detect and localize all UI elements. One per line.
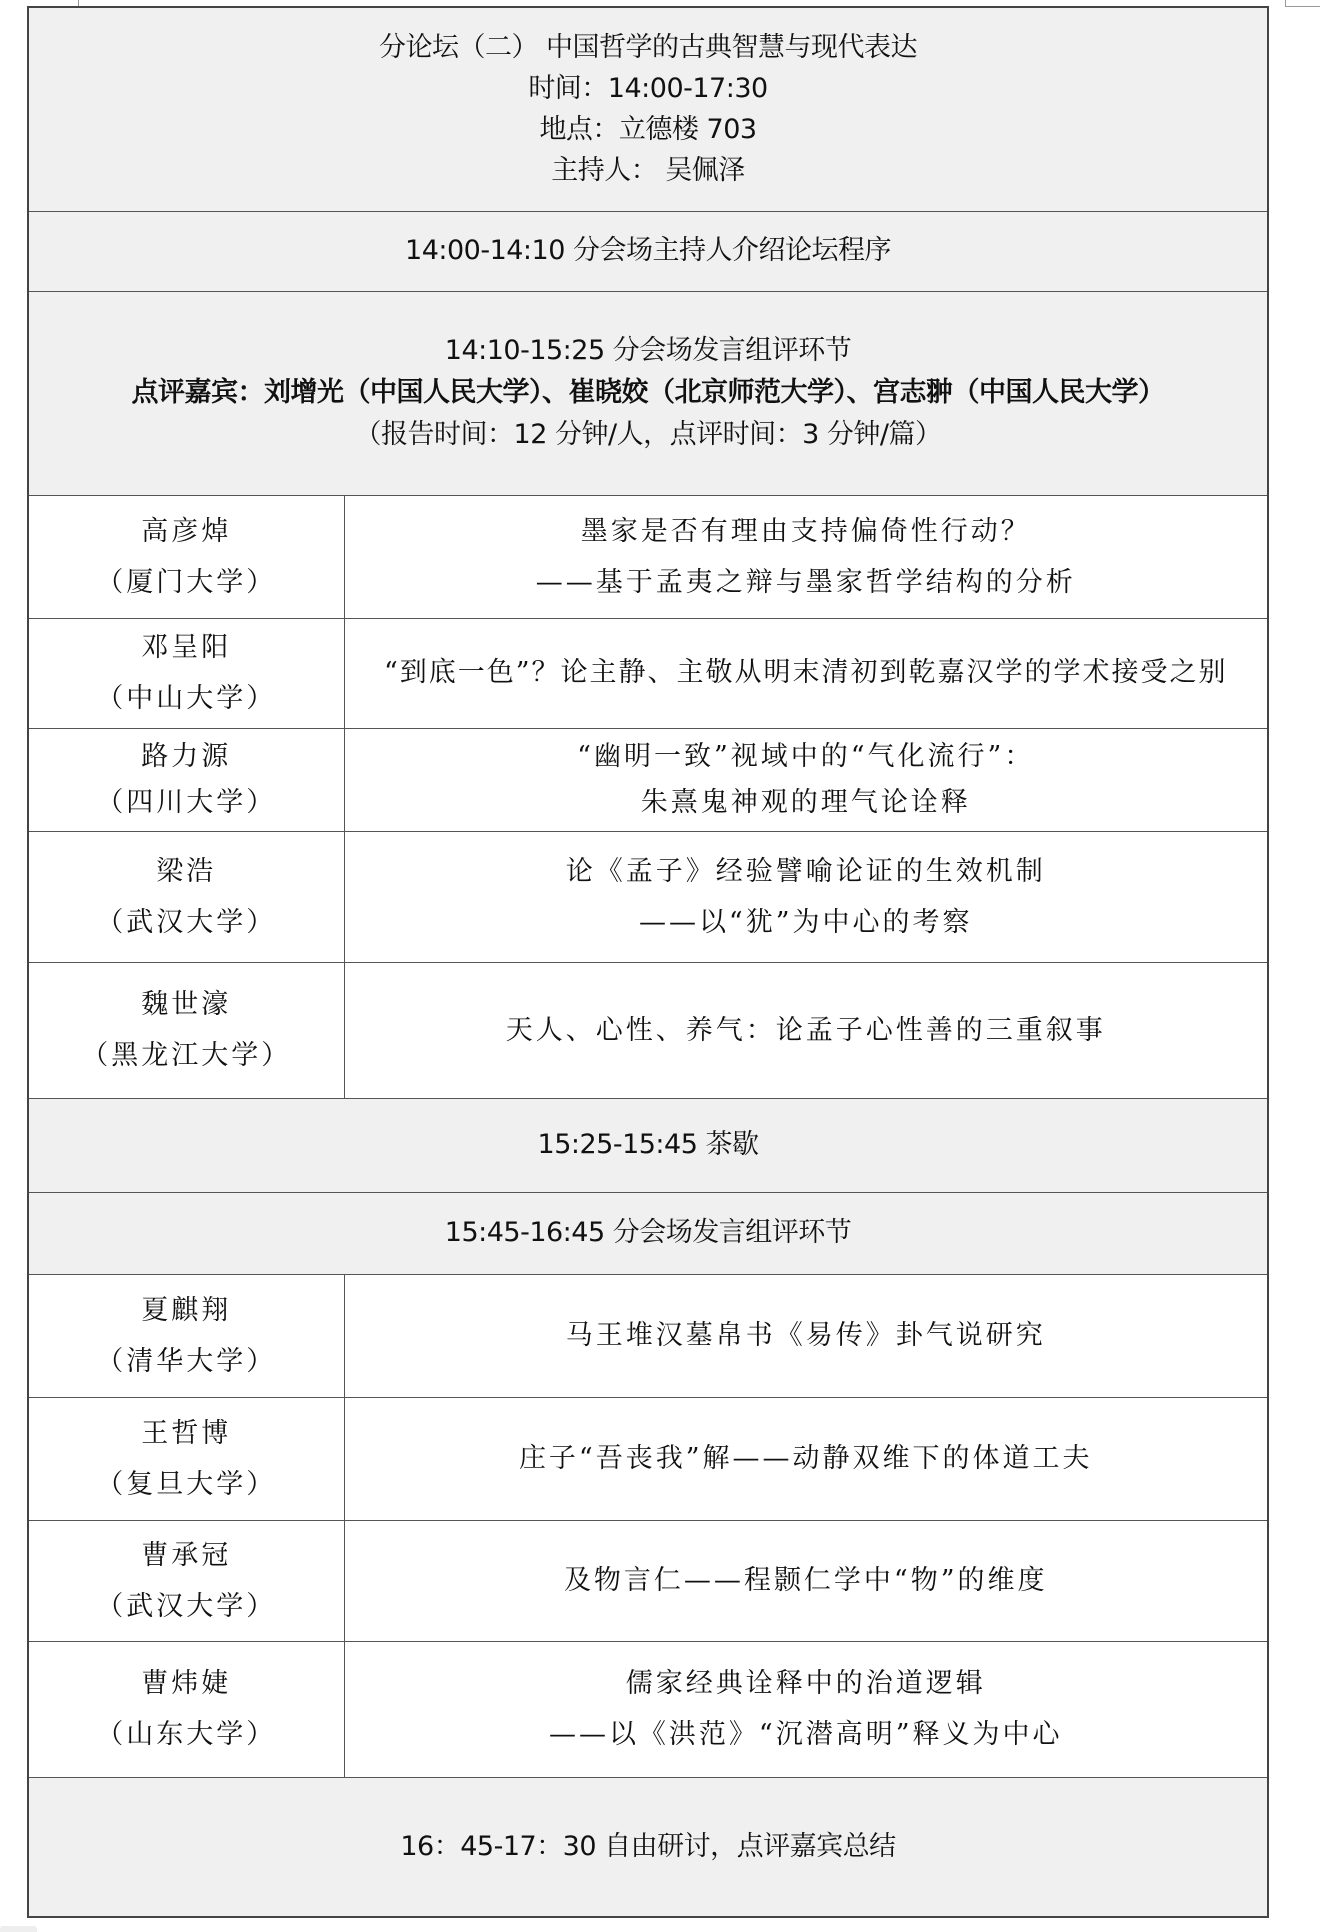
- talk-title-line: 天人、心性、养气：论孟子心性善的三重叙事: [351, 1005, 1262, 1056]
- talk-title-cell: 儒家经典诠释中的治道逻辑 ——以《洪范》“沉潜高明”释义为中心: [344, 1641, 1268, 1777]
- forum-schedule-table: 分论坛（二） 中国哲学的古典智慧与现代表达 时间：14:00-17:30 地点：…: [27, 6, 1269, 1918]
- talk-row: 魏世濠 （黑龙江大学） 天人、心性、养气：论孟子心性善的三重叙事: [28, 962, 1268, 1098]
- speaker-name: 夏麒翔: [35, 1285, 338, 1336]
- closing-cell: 16：45-17：30 自由研讨，点评嘉宾总结: [28, 1777, 1268, 1917]
- speaker-cell: 路力源 （四川大学）: [28, 728, 344, 831]
- speaker-affiliation: （武汉大学）: [35, 897, 338, 948]
- speaker-cell: 曹炜婕 （山东大学）: [28, 1641, 344, 1777]
- talk-title-line: 马王堆汉墓帛书《易传》卦气说研究: [351, 1310, 1262, 1361]
- forum-header-row: 分论坛（二） 中国哲学的古典智慧与现代表达 时间：14:00-17:30 地点：…: [28, 7, 1268, 211]
- speaker-cell: 高彦焯 （厦门大学）: [28, 495, 344, 618]
- session1-critics: 点评嘉宾：刘增光（中国人民大学）、崔晓姣（北京师范大学）、宫志翀（中国人民大学）: [35, 372, 1261, 414]
- talk-title-cell: 天人、心性、养气：论孟子心性善的三重叙事: [344, 962, 1268, 1098]
- speaker-cell: 曹承冠 （武汉大学）: [28, 1520, 344, 1641]
- speaker-name: 魏世濠: [35, 979, 338, 1030]
- tea-break-row: 15:25-15:45 茶歇: [28, 1098, 1268, 1192]
- talk-title-cell: 马王堆汉墓帛书《易传》卦气说研究: [344, 1274, 1268, 1397]
- talk-title-line: 论《孟子》经验譬喻论证的生效机制: [351, 846, 1262, 897]
- speaker-name: 曹炜婕: [35, 1658, 338, 1709]
- speaker-cell: 魏世濠 （黑龙江大学）: [28, 962, 344, 1098]
- talk-title-line: 儒家经典诠释中的治道逻辑: [351, 1658, 1262, 1709]
- forum-header-cell: 分论坛（二） 中国哲学的古典智慧与现代表达 时间：14:00-17:30 地点：…: [28, 7, 1268, 211]
- intro-text: 14:00-14:10 分会场主持人介绍论坛程序: [35, 226, 1261, 276]
- talk-row: 曹炜婕 （山东大学） 儒家经典诠释中的治道逻辑 ——以《洪范》“沉潜高明”释义为…: [28, 1641, 1268, 1777]
- talk-title-cell: 论《孟子》经验譬喻论证的生效机制 ——以“犹”为中心的考察: [344, 831, 1268, 962]
- speaker-affiliation: （山东大学）: [35, 1709, 338, 1760]
- talk-title-cell: “幽明一致”视域中的“气化流行”： 朱熹鬼神观的理气论诠释: [344, 728, 1268, 831]
- talk-subtitle-line: ——以“犹”为中心的考察: [351, 897, 1262, 948]
- session1-heading-row: 14:10-15:25 分会场发言组评环节 点评嘉宾：刘增光（中国人民大学）、崔…: [28, 291, 1268, 495]
- speaker-name: 王哲博: [35, 1408, 338, 1459]
- page-corner-mark-right: [1285, 0, 1286, 7]
- forum-title: 分论坛（二） 中国哲学的古典智慧与现代表达: [35, 27, 1261, 68]
- speaker-affiliation: （武汉大学）: [35, 1581, 338, 1632]
- page-edge-tab: [0, 1926, 37, 1932]
- talk-row: 王哲博 （复旦大学） 庄子“吾丧我”解——动静双维下的体道工夫: [28, 1397, 1268, 1520]
- speaker-name: 高彦焯: [35, 506, 338, 557]
- forum-host: 主持人： 吴佩泽: [35, 150, 1261, 191]
- closing-text: 16：45-17：30 自由研讨，点评嘉宾总结: [35, 1822, 1261, 1872]
- tea-break-cell: 15:25-15:45 茶歇: [28, 1098, 1268, 1192]
- speaker-affiliation: （黑龙江大学）: [35, 1030, 338, 1081]
- talk-subtitle-line: ——基于孟夷之辩与墨家哲学结构的分析: [351, 557, 1262, 608]
- talk-row: 夏麒翔 （清华大学） 马王堆汉墓帛书《易传》卦气说研究: [28, 1274, 1268, 1397]
- forum-time: 时间：14:00-17:30: [35, 68, 1261, 109]
- speaker-affiliation: （清华大学）: [35, 1336, 338, 1387]
- talk-title-line: 庄子“吾丧我”解——动静双维下的体道工夫: [351, 1433, 1262, 1484]
- speaker-cell: 邓呈阳 （中山大学）: [28, 618, 344, 728]
- speaker-affiliation: （四川大学）: [35, 780, 338, 826]
- talk-title-cell: 墨家是否有理由支持偏倚性行动？ ——基于孟夷之辩与墨家哲学结构的分析: [344, 495, 1268, 618]
- speaker-name: 邓呈阳: [35, 622, 338, 673]
- speaker-affiliation: （厦门大学）: [35, 557, 338, 608]
- speaker-affiliation: （复旦大学）: [35, 1459, 338, 1510]
- speaker-affiliation: （中山大学）: [35, 673, 338, 724]
- talk-title-cell: “到底一色”？论主静、主敬从明末清初到乾嘉汉学的学术接受之别: [344, 618, 1268, 728]
- talk-title-cell: 庄子“吾丧我”解——动静双维下的体道工夫: [344, 1397, 1268, 1520]
- intro-row: 14:00-14:10 分会场主持人介绍论坛程序: [28, 211, 1268, 291]
- speaker-name: 梁浩: [35, 846, 338, 897]
- talk-title-line: “幽明一致”视域中的“气化流行”：: [351, 734, 1262, 780]
- session1-heading: 14:10-15:25 分会场发言组评环节: [35, 330, 1261, 372]
- talk-title-line: 及物言仁——程颢仁学中“物”的维度: [351, 1555, 1262, 1606]
- talk-title-line: 墨家是否有理由支持偏倚性行动？: [351, 506, 1262, 557]
- speaker-name: 曹承冠: [35, 1530, 338, 1581]
- closing-row: 16：45-17：30 自由研讨，点评嘉宾总结: [28, 1777, 1268, 1917]
- talk-row: 邓呈阳 （中山大学） “到底一色”？论主静、主敬从明末清初到乾嘉汉学的学术接受之…: [28, 618, 1268, 728]
- intro-cell: 14:00-14:10 分会场主持人介绍论坛程序: [28, 211, 1268, 291]
- talk-subtitle-line: 朱熹鬼神观的理气论诠释: [351, 780, 1262, 826]
- talk-row: 高彦焯 （厦门大学） 墨家是否有理由支持偏倚性行动？ ——基于孟夷之辩与墨家哲学…: [28, 495, 1268, 618]
- speaker-cell: 王哲博 （复旦大学）: [28, 1397, 344, 1520]
- session2-heading-row: 15:45-16:45 分会场发言组评环节: [28, 1192, 1268, 1274]
- talk-title-line: “到底一色”？论主静、主敬从明末清初到乾嘉汉学的学术接受之别: [351, 650, 1262, 696]
- talk-title-cell: 及物言仁——程颢仁学中“物”的维度: [344, 1520, 1268, 1641]
- talk-row: 路力源 （四川大学） “幽明一致”视域中的“气化流行”： 朱熹鬼神观的理气论诠释: [28, 728, 1268, 831]
- session1-rules: （报告时间：12 分钟/人，点评时间：3 分钟/篇）: [35, 414, 1261, 456]
- speaker-cell: 夏麒翔 （清华大学）: [28, 1274, 344, 1397]
- speaker-cell: 梁浩 （武汉大学）: [28, 831, 344, 962]
- session2-heading-cell: 15:45-16:45 分会场发言组评环节: [28, 1192, 1268, 1274]
- session2-heading: 15:45-16:45 分会场发言组评环节: [35, 1208, 1261, 1258]
- session1-heading-cell: 14:10-15:25 分会场发言组评环节 点评嘉宾：刘增光（中国人民大学）、崔…: [28, 291, 1268, 495]
- speaker-name: 路力源: [35, 734, 338, 780]
- forum-place: 地点：立德楼 703: [35, 109, 1261, 150]
- talk-subtitle-line: ——以《洪范》“沉潜高明”释义为中心: [351, 1709, 1262, 1760]
- talk-row: 梁浩 （武汉大学） 论《孟子》经验譬喻论证的生效机制 ——以“犹”为中心的考察: [28, 831, 1268, 962]
- talk-row: 曹承冠 （武汉大学） 及物言仁——程颢仁学中“物”的维度: [28, 1520, 1268, 1641]
- tea-break-text: 15:25-15:45 茶歇: [35, 1120, 1261, 1170]
